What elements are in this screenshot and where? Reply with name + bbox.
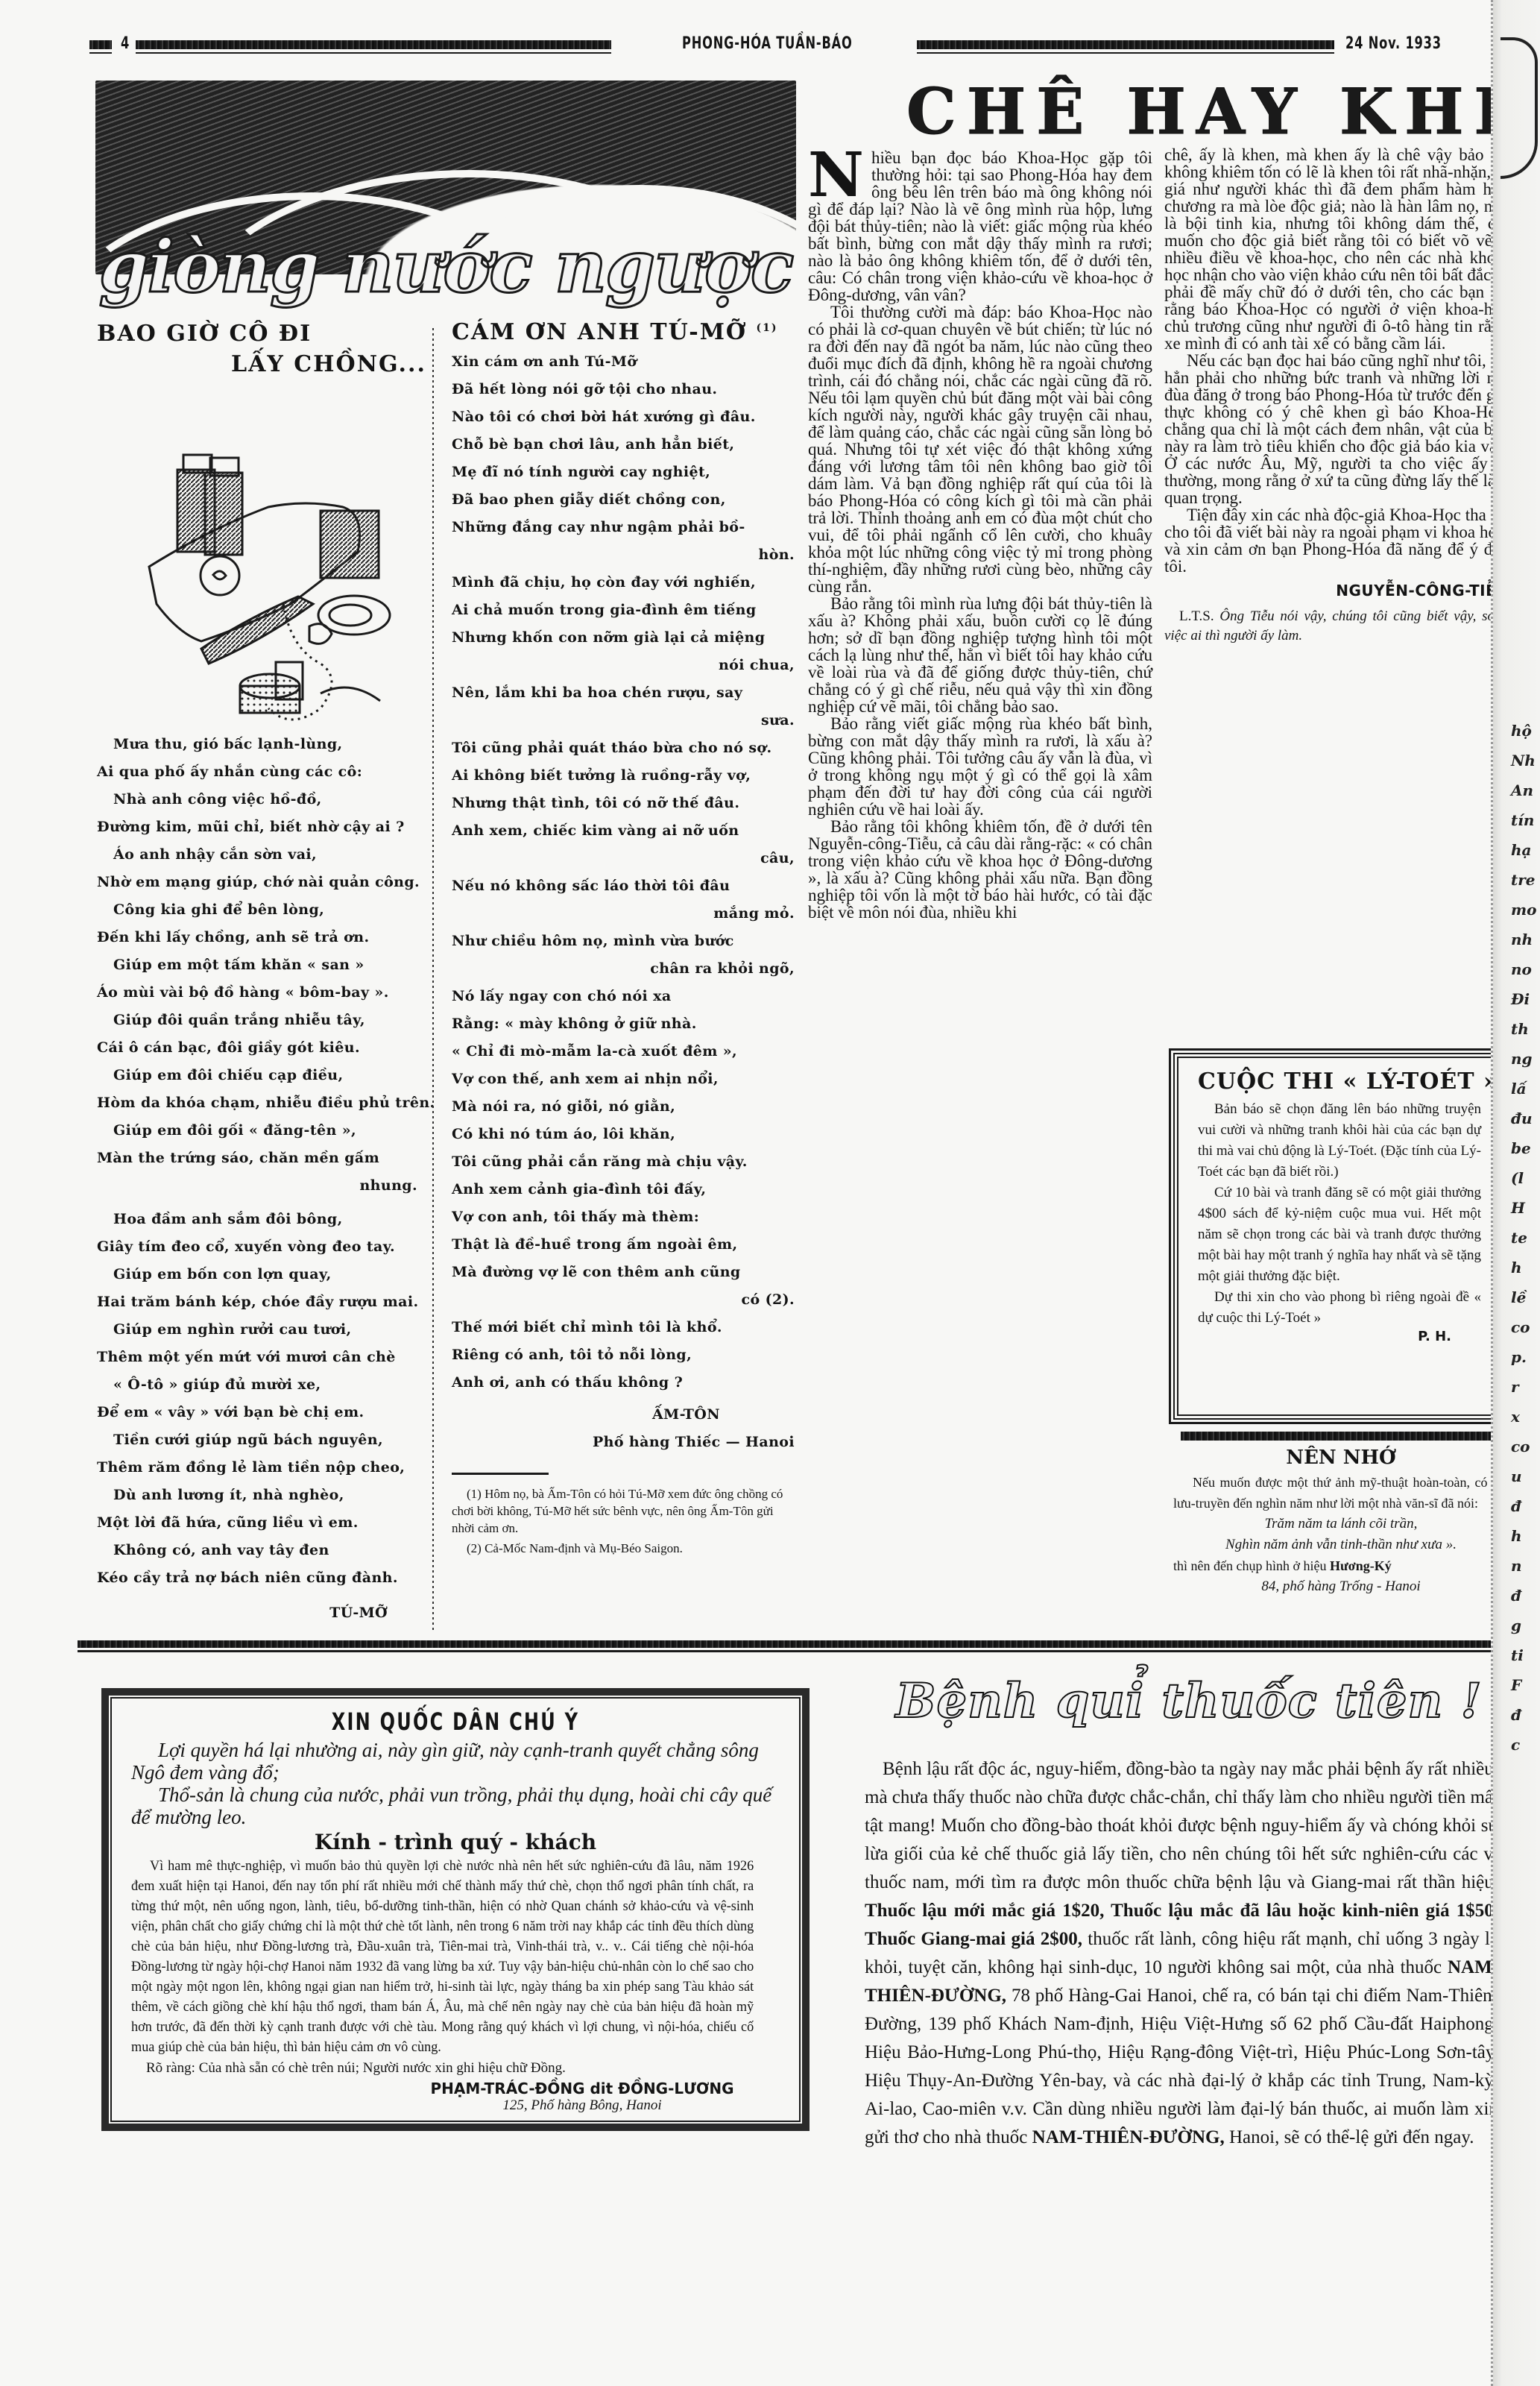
ad-text: Hanoi, sẽ có thể-lệ gửi đến ngay. xyxy=(1229,2127,1474,2147)
notice-quote-line-1: Trăm năm ta lánh cõi trần, xyxy=(1173,1514,1509,1534)
fragment: An xyxy=(1511,775,1537,805)
poem-author: TÚ-MỠ xyxy=(97,1599,417,1627)
verse-line: Có khi nó túm áo, lôi khăn, xyxy=(452,1121,795,1148)
fragment: h xyxy=(1511,1521,1537,1551)
verse-line: nói chua, xyxy=(452,652,795,679)
header-rule-left-stub xyxy=(89,40,112,49)
fragment: n xyxy=(1511,1551,1537,1581)
ly-toet-contest-box: CUỘC THI « LÝ-TOÉT » Bản báo sẽ chọn đăn… xyxy=(1173,1053,1506,1420)
poem-author-location: Phố hàng Thiếc — Hanoi xyxy=(452,1429,795,1456)
fragment: be xyxy=(1511,1133,1537,1163)
poem-stanza: Mưa thu, gió bấc lạnh-lùng, Ai qua phố ấ… xyxy=(97,731,417,1592)
notice-title: NÊN NHỚ xyxy=(1173,1447,1509,1469)
verse-line: hòn. xyxy=(452,541,795,569)
verse-line: Công kia ghi để bên lòng, xyxy=(97,896,417,924)
verse-line: Giây tím đeo cổ, xuyến vòng đeo tay. xyxy=(97,1233,417,1261)
tea-advertisement-box: XIN QUỐC DÂN CHÚ Ý Lợi quyền há lại nhườ… xyxy=(101,1688,810,2131)
masthead: 4 PHONG-HÓA TUẦN-BÁO 24 Nov. 1933 xyxy=(89,34,1491,57)
photo-studio-notice: NÊN NHỚ Nếu muốn được một thứ ảnh mỹ-thu… xyxy=(1173,1447,1509,1597)
contest-title: CUỘC THI « LÝ-TOÉT » xyxy=(1198,1068,1481,1095)
banner-title: giòng nước ngược xyxy=(95,230,796,304)
fragment: lề xyxy=(1511,1282,1537,1312)
poem-bao-gio-co-di-lay-chong: BAO GIỜ CÔ ĐI LẤY CHỒNG... xyxy=(97,321,417,1627)
fragment: ti xyxy=(1511,1640,1537,1670)
verse-line: Áo mùi vài bộ đồ hàng « bôm-bay ». xyxy=(97,979,417,1007)
fragment: u xyxy=(1511,1461,1537,1491)
verse-line: Giúp em đôi gối « đăng-tên », xyxy=(97,1117,417,1145)
article-title: CHÊ HAY KHEN xyxy=(906,75,1540,148)
fragment: hạ xyxy=(1511,835,1537,865)
verse-line: Anh xem cảnh gia-đình tôi đấy, xyxy=(452,1176,795,1203)
fragment: đ xyxy=(1511,1581,1537,1611)
ad-lead-line: Thổ-sản là chung của nước, phải vun trồn… xyxy=(131,1784,780,1828)
verse-line: Đường kim, mũi chỉ, biết nhờ cậy ai ? xyxy=(97,813,417,841)
ad-slogan: Rõ ràng: Của nhà sẵn có chè trên núi; Ng… xyxy=(131,2060,780,2077)
verse-line: Nên, lắm khi ba hoa chén rượu, say xyxy=(452,679,795,707)
verse-line: Như chiều hôm nọ, mình vừa bước xyxy=(452,928,795,955)
article-column-1: Nhiều bạn đọc báo Khoa-Học gặp tôi thườn… xyxy=(808,149,1152,921)
verse-line: Nó lấy ngay con chó nói xa xyxy=(452,983,795,1010)
verse-line: Nhưng khốn con nỡm già lại cả miệng xyxy=(452,624,795,652)
poem-title-line-1: BAO GIỜ CÔ ĐI xyxy=(97,321,417,347)
verse-line: Thêm một yến mứt với mươi cân chè xyxy=(97,1344,417,1371)
verse-line: Không có, anh vay tây đen xyxy=(97,1537,417,1564)
ad-owner: PHẠM-TRÁC-ĐỒNG dit ĐỒNG-LƯƠNG xyxy=(385,2080,780,2097)
contest-paragraph: Dự thi xin cho vào phong bì riêng ngoài … xyxy=(1198,1287,1481,1329)
verse-line: Riêng có anh, tôi tỏ nỗi lòng, xyxy=(452,1341,795,1369)
issue-date: 24 Nov. 1933 xyxy=(1345,34,1442,53)
verse-line: sưa. xyxy=(452,707,795,734)
fragment: nh xyxy=(1511,925,1537,954)
fragment: g xyxy=(1511,1611,1537,1640)
notice-quote-line-2: Nghìn năm ảnh vẫn tinh-thần như xưa ». xyxy=(1173,1534,1509,1555)
ad-address: 125, Phố hàng Bông, Hanoi xyxy=(385,2097,780,2114)
medicine-ad-text: Bệnh lậu rất độc ác, nguy-hiểm, đồng-bào… xyxy=(865,1755,1498,2152)
verse-line: Vợ con thế, anh xem ai nhịn nổi, xyxy=(452,1065,795,1093)
fragment: H xyxy=(1511,1193,1537,1223)
verse-line: Đã bao phen giẫy diết chồng con, xyxy=(452,486,795,514)
fragment: Đi xyxy=(1511,984,1537,1014)
verse-line: Mình đã chịu, họ còn đay với nghiến, xyxy=(452,569,795,596)
notice-outro: thì nên đến chụp hình ở hiệu Hương-Ký xyxy=(1173,1555,1509,1576)
poem-lines: Xin cám ơn anh Tú-Mỡ Đã hết lòng nói gỡ … xyxy=(452,348,795,1397)
page-number: 4 xyxy=(121,34,130,53)
verse-line: Thật là đề-huề trong ấm ngoài êm, xyxy=(452,1231,795,1259)
article-paragraph: Nếu các bạn đọc hai báo cũng nghĩ như tô… xyxy=(1164,352,1509,506)
fragment: lấ xyxy=(1511,1074,1537,1104)
verse-line: Rằng: « mày không ở giữ nhà. xyxy=(452,1010,795,1038)
fragment: mo xyxy=(1511,895,1537,925)
fragment: tín xyxy=(1511,805,1537,835)
poem-title-line-2: LẤY CHỒNG... xyxy=(231,351,417,377)
editor-note: L.T.S. Ông Tiễu nói vậy, chúng tôi cũng … xyxy=(1164,607,1509,646)
notice-outro-text: thì nên đến chụp hình ở hiệu xyxy=(1173,1558,1326,1573)
dowry-drawing-icon xyxy=(97,380,417,731)
studio-address: 84, phố hàng Trống - Hanoi xyxy=(1173,1576,1509,1597)
verse-line: Một lời đã hứa, cũng liều vì em. xyxy=(97,1509,417,1537)
fragment: no xyxy=(1511,954,1537,984)
article-paragraph: Tôi thường cười mà đáp: báo Khoa-Học nào… xyxy=(808,303,1152,595)
verse-line: Mẹ đĩ nó tính người cay nghiệt, xyxy=(452,459,795,486)
verse-line: Để em « vây » với bạn bè chị em. xyxy=(97,1399,417,1426)
fragment: (l xyxy=(1511,1163,1537,1193)
verse-line: Anh ơi, anh có thấu không ? xyxy=(452,1369,795,1397)
verse-line: chân ra khỏi ngõ, xyxy=(452,955,795,983)
verse-line: Chỗ bè bạn chơi lâu, anh hẳn biết, xyxy=(452,431,795,459)
drop-cap: N xyxy=(808,151,864,200)
verse-line: Tôi cũng phải quát tháo bừa cho nó sợ. xyxy=(452,734,795,762)
verse-line: Nào tôi có chơi bời hát xướng gì đâu. xyxy=(452,403,795,431)
fragment: co xyxy=(1511,1432,1537,1461)
publication-name: PHONG-HÓA TUẦN-BÁO xyxy=(682,34,853,53)
fragment: đ xyxy=(1511,1491,1537,1521)
footnote-2: (2) Cả-Mốc Nam-định và Mụ-Béo Saigon. xyxy=(452,1540,795,1557)
ad-body: Vì ham mê thực-nghiệp, vì muốn bảo thủ q… xyxy=(131,1856,754,2057)
verse-line: câu, xyxy=(452,845,795,872)
fragment: đu xyxy=(1511,1104,1537,1133)
fragment: ng xyxy=(1511,1044,1537,1074)
fragment: th xyxy=(1511,1014,1537,1044)
section-rule xyxy=(1181,1432,1504,1441)
contest-signature: P. H. xyxy=(1198,1329,1481,1344)
verse-line: Ai chả muốn trong gia-đình êm tiếng xyxy=(452,596,795,624)
fragment: p. xyxy=(1511,1342,1537,1372)
ad-lead-line: Lợi quyền há lại nhường ai, này gìn giữ,… xyxy=(131,1739,780,1784)
header-rule-right xyxy=(917,40,1334,49)
ad-text: Bệnh lậu rất độc ác, nguy-hiểm, đồng-bào… xyxy=(865,1759,1498,1892)
horizontal-divider xyxy=(78,1640,1524,1648)
ad-body-text: Vì ham mê thực-nghiệp, vì muốn bảo thủ q… xyxy=(131,1856,754,2057)
verse-line: Tôi cũng phải cắn răng mà chịu vậy. xyxy=(452,1148,795,1176)
editor-note-label: L.T.S. xyxy=(1164,608,1214,624)
editor-note-text: Ông Tiễu nói vậy, chúng tôi cũng biết vậ… xyxy=(1164,608,1509,643)
article-paragraph: Bảo rằng viết giấc mộng rùa khéo bất bìn… xyxy=(808,715,1152,818)
fragment: te xyxy=(1511,1223,1537,1253)
verse-line: Vợ con anh, tôi thấy mà thèm: xyxy=(452,1203,795,1231)
fragment: tre xyxy=(1511,865,1537,895)
verse-line: Màn the trứng sáo, chăn mền gấm xyxy=(97,1145,417,1172)
footnote-marker: (1) xyxy=(757,322,778,334)
verse-line: Cái ô cán bạc, đôi giầy gót kiêu. xyxy=(97,1034,417,1062)
fragment: h xyxy=(1511,1253,1537,1282)
verse-line: Kéo cầy trả nợ bách niên cũng đành. xyxy=(97,1564,417,1592)
overlapping-page-edge: hộ Nh An tín hạ tre mo nh no Đi th ng lấ… xyxy=(1491,0,1540,2386)
fragment: F xyxy=(1511,1670,1537,1700)
article-paragraph: chê, ấy là khen, mà khen ấy là chê vậy b… xyxy=(1164,146,1509,352)
medicine-advertisement: Bệnh lậu rất độc ác, nguy-hiểm, đồng-bào… xyxy=(865,1755,1498,2152)
verse-line: Áo anh nhậy cắn sờn vai, xyxy=(97,841,417,869)
notice-intro: Nếu muốn được một thứ ảnh mỹ-thuật hoàn-… xyxy=(1173,1472,1509,1514)
section-banner: giòng nước ngược xyxy=(95,81,796,304)
column-divider xyxy=(432,328,434,1633)
article-paragraph: Bảo rằng tôi mình rùa lưng đội bát thủy-… xyxy=(808,595,1152,715)
verse-line: Dù anh lương ít, nhà nghèo, xyxy=(97,1482,417,1509)
verse-line: nhung. xyxy=(97,1172,417,1200)
fragment: hộ xyxy=(1511,716,1537,746)
verse-line: Nếu nó không sấc láo thời tôi đâu xyxy=(452,872,795,900)
poem-title: CÁM ƠN ANH TÚ-MỠ (1) xyxy=(452,319,795,345)
verse-line: Hai trăm bánh kép, chóe đầy rượu mai. xyxy=(97,1288,417,1316)
verse-line: Mà đường vợ lẽ con thêm anh cũng xyxy=(452,1259,795,1286)
brand-name: NAM-THIÊN-ĐƯỜNG, xyxy=(1032,2127,1225,2147)
fragment: co xyxy=(1511,1312,1537,1342)
ad-lead: Lợi quyền há lại nhường ai, này gìn giữ,… xyxy=(131,1739,780,1828)
verse-line: Nhưng thật tình, tôi có nỡ thế đâu. xyxy=(452,790,795,817)
verse-line: Hoa đầm anh sắm đôi bông, xyxy=(97,1206,417,1233)
footnote-rule xyxy=(452,1473,549,1475)
verse-line: « Ô-tô » giúp đủ mười xe, xyxy=(97,1371,417,1399)
article-paragraph: Bảo rằng tôi không khiêm tốn, đề ở dưới … xyxy=(808,818,1152,921)
edge-text-fragments: hộ Nh An tín hạ tre mo nh no Đi th ng lấ… xyxy=(1511,716,1537,1760)
edge-drawing-icon xyxy=(1500,37,1538,179)
verse-line: Mưa thu, gió bấc lạnh-lùng, xyxy=(97,731,417,758)
verse-line: Đến khi lấy chồng, anh sẽ trả ơn. xyxy=(97,924,417,951)
fragment: c xyxy=(1511,1730,1537,1760)
verse-line: « Chỉ đi mò-mẫm la-cà xuốt đêm », xyxy=(452,1038,795,1065)
verse-line: Mà nói ra, nó giỗi, nó giằn, xyxy=(452,1093,795,1121)
ad-subtitle: Kính - trình quý - khách xyxy=(131,1830,780,1854)
fragment: Nh xyxy=(1511,746,1537,775)
verse-line: Hòm da khóa chạm, nhiễu điều phủ trên. xyxy=(97,1089,417,1117)
fragment: x xyxy=(1511,1402,1537,1432)
poem-cam-on-anh-tu-mo: CÁM ƠN ANH TÚ-MỠ (1) Xin cám ơn anh Tú-M… xyxy=(452,319,795,1557)
verse-line: mắng mỏ. xyxy=(452,900,795,928)
verse-line: Giúp đôi quần trắng nhiễu tây, xyxy=(97,1007,417,1034)
contest-paragraph: Bản báo sẽ chọn đăng lên báo những truyệ… xyxy=(1198,1099,1481,1183)
fragment: đ xyxy=(1511,1700,1537,1730)
verse-line: Nhà anh công việc hồ-đồ, xyxy=(97,786,417,813)
verse-line: Giúp em một tấm khăn « san » xyxy=(97,951,417,979)
article-paragraph: Tiện đây xin các nhà độc-giả Khoa-Học th… xyxy=(1164,506,1509,575)
ad-text: 78 phố Hàng-Gai Hanoi, chế ra, có bán tạ… xyxy=(865,1986,1498,2147)
ad-title: XIN QUỐC DÂN CHÚ Ý xyxy=(212,1707,699,1736)
verse-line: Tiền cưới giúp ngũ bách nguyên, xyxy=(97,1426,417,1454)
poem-title-text: CÁM ƠN ANH TÚ-MỠ xyxy=(452,319,747,345)
header-rule-left xyxy=(136,40,611,49)
verse-line: Giúp em đôi chiếu cạp điều, xyxy=(97,1062,417,1089)
verse-line: Giúp em nghìn rưởi cau tươi, xyxy=(97,1316,417,1344)
fragment: r xyxy=(1511,1372,1537,1402)
article-paragraph: Nhiều bạn đọc báo Khoa-Học gặp tôi thườn… xyxy=(808,149,1152,303)
verse-line: Anh xem, chiếc kim vàng ai nỡ uốn xyxy=(452,817,795,845)
contest-paragraph: Cứ 10 bài và tranh đăng sẽ có một giải t… xyxy=(1198,1183,1481,1287)
article-author: NGUYỄN-CÔNG-TIỄU xyxy=(1164,582,1509,599)
verse-line: Giúp em bốn con lợn quay, xyxy=(97,1261,417,1288)
verse-line: Thêm răm đồng lẻ làm tiền nộp cheo, xyxy=(97,1454,417,1482)
verse-line: Nhờ em mạng giúp, chớ nài quản công. xyxy=(97,869,417,896)
dowry-items-illustration xyxy=(97,380,417,731)
verse-line: có (2). xyxy=(452,1286,795,1314)
studio-name: Hương-Ký xyxy=(1330,1558,1392,1573)
verse-line: Xin cám ơn anh Tú-Mỡ xyxy=(452,348,795,376)
footnote-1: (1) Hôm nọ, bà Ấm-Tôn có hỏi Tú-Mỡ xem đ… xyxy=(452,1485,795,1537)
medicine-ad-title: Bệnh quỉ thuốc tiên ! xyxy=(880,1673,1498,1729)
verse-line: Ai qua phố ấy nhắn cùng các cô: xyxy=(97,758,417,786)
verse-line: Đã hết lòng nói gỡ tội cho nhau. xyxy=(452,376,795,403)
horizontal-divider-thin xyxy=(78,1650,1524,1652)
verse-line: Những đắng cay như ngậm phải bồ- xyxy=(452,514,795,541)
verse-line: Thế mới biết chỉ mình tôi là khổ. xyxy=(452,1314,795,1341)
article-column-2: chê, ấy là khen, mà khen ấy là chê vậy b… xyxy=(1164,146,1509,646)
poem-author: ẤM-TÔN xyxy=(452,1401,795,1429)
verse-line: Ai không biết tưởng là ruồng-rẫy vợ, xyxy=(452,762,795,790)
